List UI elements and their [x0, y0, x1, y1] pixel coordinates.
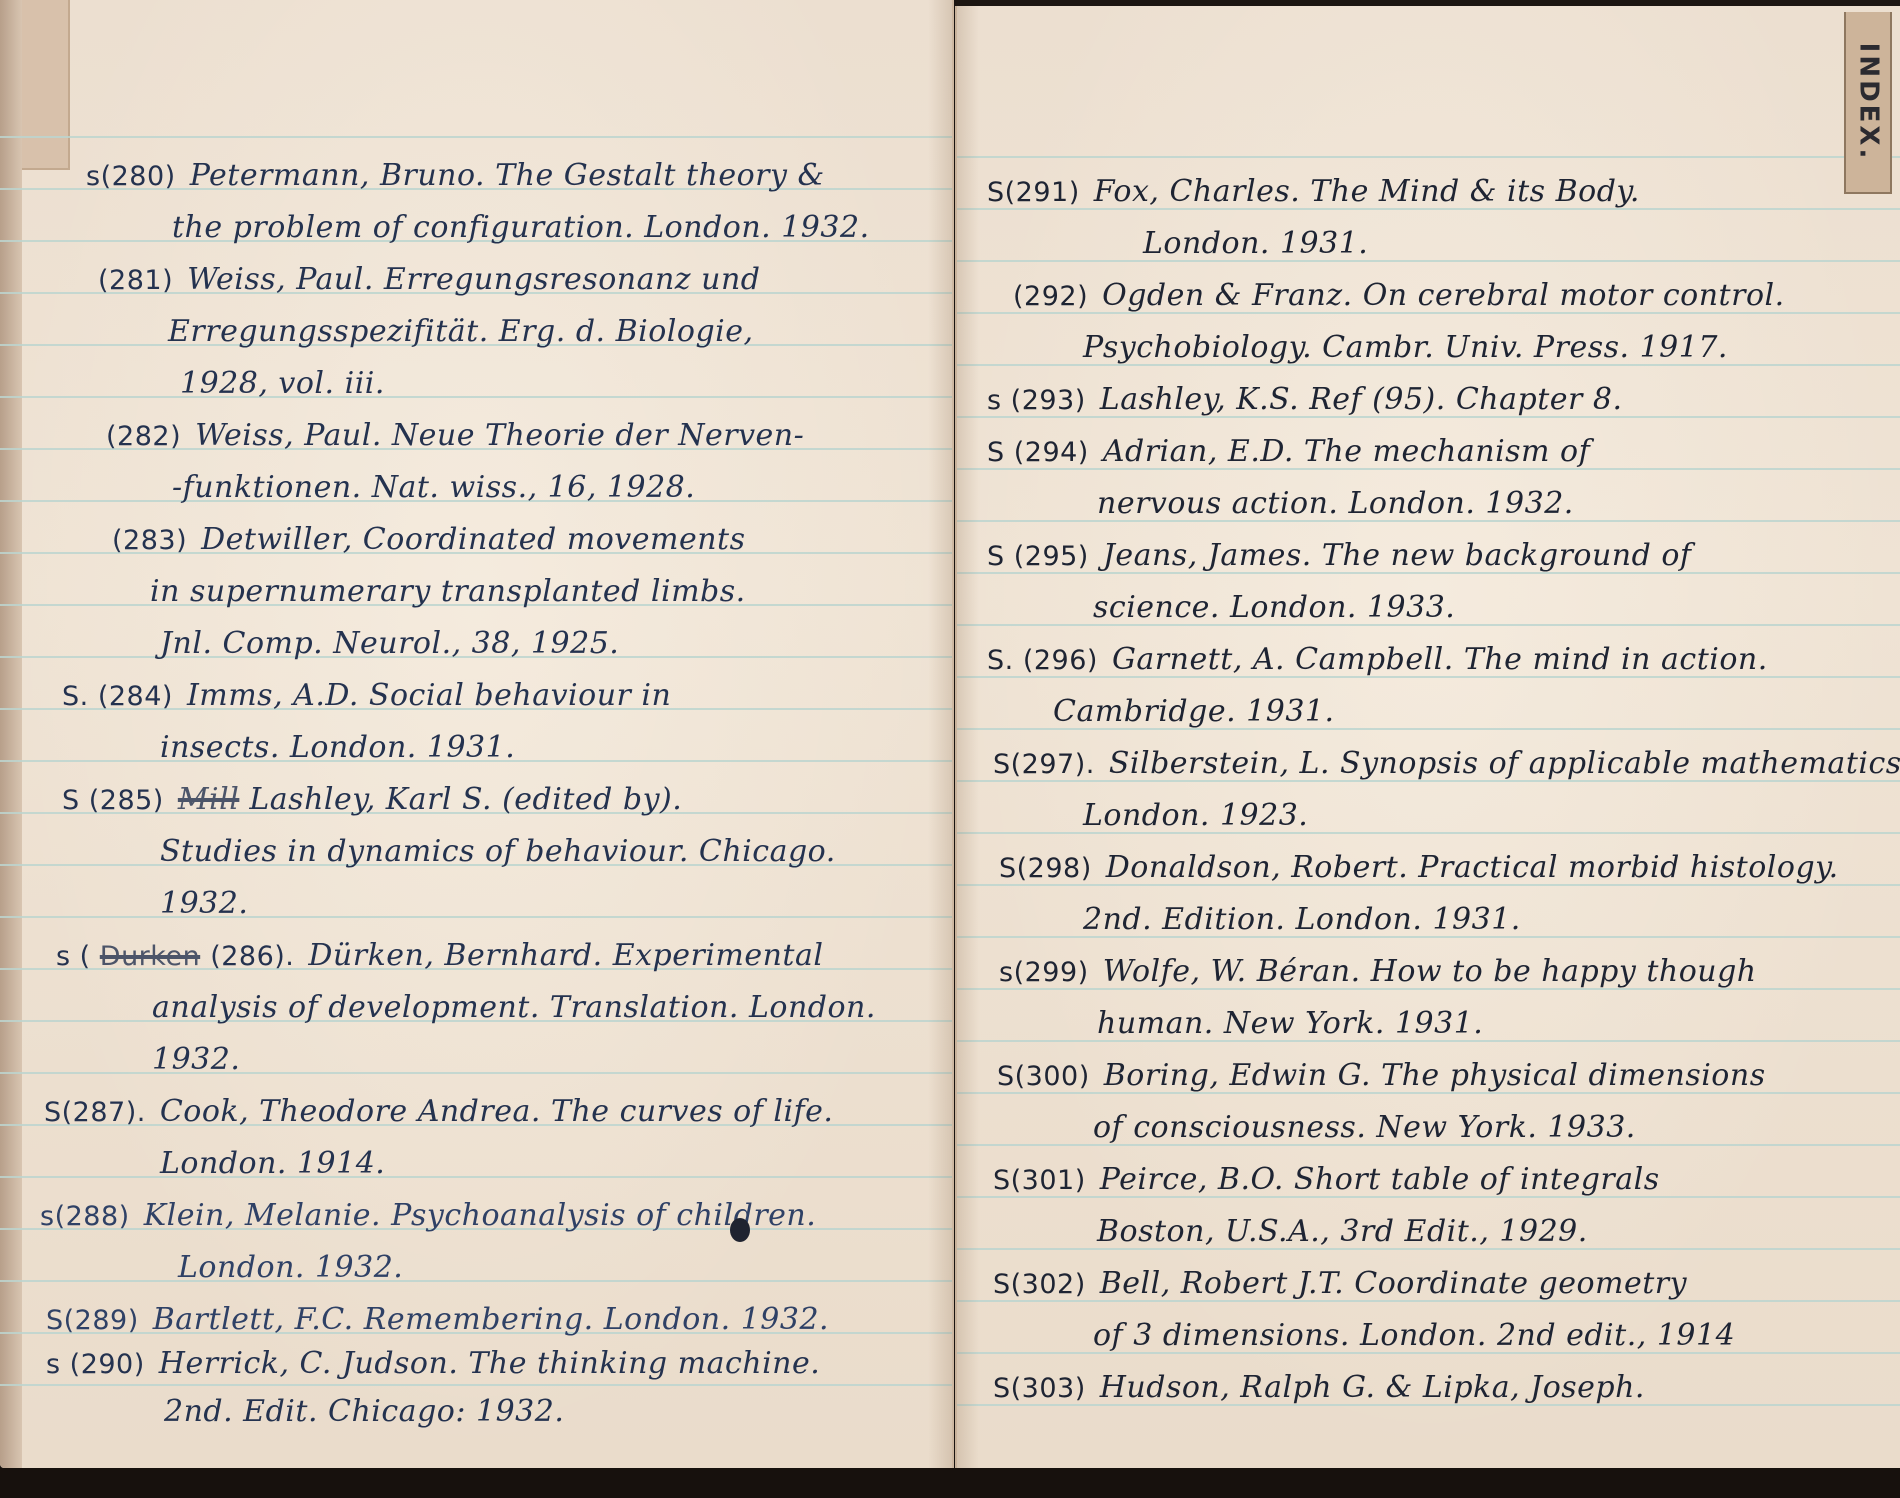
entry-number: S(289) [46, 1305, 139, 1336]
entry-291-line-2: London. 1931. [1143, 226, 1368, 261]
gutter-shadow [928, 0, 952, 1468]
entry-299-line-2: human. New York. 1931. [1097, 1006, 1483, 1041]
entry-number: S (294) [987, 437, 1089, 468]
index-tab-label: INDEX. [1853, 43, 1883, 162]
entry-284-line-1: S. (284)Imms, A.D. Social behaviour in [62, 678, 671, 713]
entry-280-line-2: the problem of configuration. London. 19… [172, 210, 870, 245]
entry-296-line-2: Cambridge. 1931. [1053, 694, 1335, 729]
bottom-background [0, 1468, 1900, 1498]
entry-number: S(301) [993, 1165, 1086, 1196]
entry-294-line-2: nervous action. London. 1932. [1097, 486, 1574, 521]
index-tab[interactable]: INDEX. [1844, 12, 1892, 194]
entry-293-line-1: s (293)Lashley, K.S. Ref (95). Chapter 8… [987, 382, 1623, 417]
left-page: s(280)Petermann, Bruno. The Gestalt theo… [0, 0, 954, 1468]
entry-number: S (285) [62, 785, 164, 816]
entry-number: (282) [106, 421, 181, 452]
entry-290-line-1: s (290)Herrick, C. Judson. The thinking … [46, 1346, 820, 1381]
entry-300-line-2: of consciousness. New York. 1933. [1093, 1110, 1636, 1145]
entry-number: s (293) [987, 385, 1086, 416]
entry-283-line-3: Jnl. Comp. Neurol., 38, 1925. [160, 626, 619, 661]
entry-number: s ( Durken(286). [56, 941, 294, 972]
entry-301-line-2: Boston, U.S.A., 3rd Edit., 1929. [1097, 1214, 1588, 1249]
gutter-shadow [957, 6, 979, 1468]
entry-285-line-3: 1932. [160, 886, 248, 921]
entry-294-line-1: S (294)Adrian, E.D. The mechanism of [987, 434, 1590, 469]
entry-286-line-1: s ( Durken(286).Dürken, Bernhard. Experi… [56, 938, 823, 973]
entry-283-line-1: (283)Detwiller, Coordinated movements [112, 522, 745, 557]
entry-287-line-2: London. 1914. [160, 1146, 385, 1181]
entry-number: S. (284) [62, 681, 173, 712]
entry-290-line-2: 2nd. Edit. Chicago: 1932. [164, 1394, 564, 1429]
struck-out-word: Mill [178, 782, 240, 817]
entry-286-line-2: analysis of development. Translation. Lo… [152, 990, 876, 1025]
entry-number: s(280) [86, 161, 176, 192]
entry-295-line-1: S (295)Jeans, James. The new background … [987, 538, 1692, 573]
entry-289-line-1: S(289)Bartlett, F.C. Remembering. London… [46, 1302, 829, 1337]
entry-number: (283) [112, 525, 187, 556]
entry-299-line-1: s(299)Wolfe, W. Béran. How to be happy t… [999, 954, 1757, 989]
entry-288-line-2: London. 1932. [178, 1250, 403, 1285]
entry-number: S(297). [993, 749, 1095, 780]
left-entries: s(280)Petermann, Bruno. The Gestalt theo… [0, 0, 952, 1468]
entry-302-line-2: of 3 dimensions. London. 2nd edit., 1914 [1093, 1318, 1735, 1353]
entry-number: S. (296) [987, 645, 1098, 676]
notebook-spread: s(280)Petermann, Bruno. The Gestalt theo… [0, 0, 1900, 1498]
entry-281-line-2: Erregungsspezifität. Erg. d. Biologie, [168, 314, 754, 349]
entry-number: s(288) [40, 1201, 130, 1232]
entry-282-line-2: -funktionen. Nat. wiss., 16, 1928. [172, 470, 695, 505]
entry-285-line-1: S (285)MillLashley, Karl S. (edited by). [62, 782, 682, 817]
entry-number: (281) [98, 265, 173, 296]
entry-287-line-1: S(287).Cook, Theodore Andrea. The curves… [44, 1094, 833, 1129]
entry-300-line-1: S(300)Boring, Edwin G. The physical dime… [997, 1058, 1766, 1093]
ink-blot [730, 1218, 750, 1242]
entry-285-line-2: Studies in dynamics of behaviour. Chicag… [160, 834, 836, 869]
entry-number: S(298) [999, 853, 1092, 884]
entry-number: s(299) [999, 957, 1089, 988]
entry-302-line-1: S(302)Bell, Robert J.T. Coordinate geome… [993, 1266, 1687, 1301]
entry-298-line-1: S(298)Donaldson, Robert. Practical morbi… [999, 850, 1839, 885]
entry-284-line-2: insects. London. 1931. [160, 730, 515, 765]
right-entries: S(291)Fox, Charles. The Mind & its Body.… [957, 6, 1900, 1468]
entry-283-line-2: in supernumerary transplanted limbs. [150, 574, 746, 609]
entry-280-line-1: s(280)Petermann, Bruno. The Gestalt theo… [86, 158, 825, 193]
entry-number: S(303) [993, 1373, 1086, 1404]
entry-298-line-2: 2nd. Edition. London. 1931. [1083, 902, 1521, 937]
entry-282-line-1: (282)Weiss, Paul. Neue Theorie der Nerve… [106, 418, 804, 453]
entry-297-line-2: London. 1923. [1083, 798, 1308, 833]
entry-number: (292) [1013, 281, 1088, 312]
entry-301-line-1: S(301)Peirce, B.O. Short table of integr… [993, 1162, 1660, 1197]
entry-number: s (290) [46, 1349, 145, 1380]
entry-286-line-3: 1932. [152, 1042, 240, 1077]
right-page: S(291)Fox, Charles. The Mind & its Body.… [955, 6, 1900, 1468]
entry-295-line-2: science. London. 1933. [1093, 590, 1455, 625]
entry-number: S(287). [44, 1097, 146, 1128]
struck-out-word: Durken [100, 941, 200, 972]
entry-292-line-1: (292)Ogden & Franz. On cerebral motor co… [1013, 278, 1785, 313]
entry-number: S (295) [987, 541, 1089, 572]
entry-number: S(291) [987, 177, 1080, 208]
entry-303-line-1: S(303)Hudson, Ralph G. & Lipka, Joseph. [993, 1370, 1645, 1405]
entry-296-line-1: S. (296)Garnett, A. Campbell. The mind i… [987, 642, 1768, 677]
entry-297-line-1: S(297).Silberstein, L. Synopsis of appli… [993, 746, 1900, 781]
entry-288-line-1: s(288)Klein, Melanie. Psychoanalysis of … [40, 1198, 816, 1233]
entry-292-line-2: Psychobiology. Cambr. Univ. Press. 1917. [1083, 330, 1728, 365]
entry-281-line-1: (281)Weiss, Paul. Erregungsresonanz und [98, 262, 760, 297]
entry-291-line-1: S(291)Fox, Charles. The Mind & its Body. [987, 174, 1640, 209]
entry-281-line-3: 1928, vol. iii. [180, 366, 385, 401]
entry-number: S(300) [997, 1061, 1090, 1092]
entry-number: S(302) [993, 1269, 1086, 1300]
